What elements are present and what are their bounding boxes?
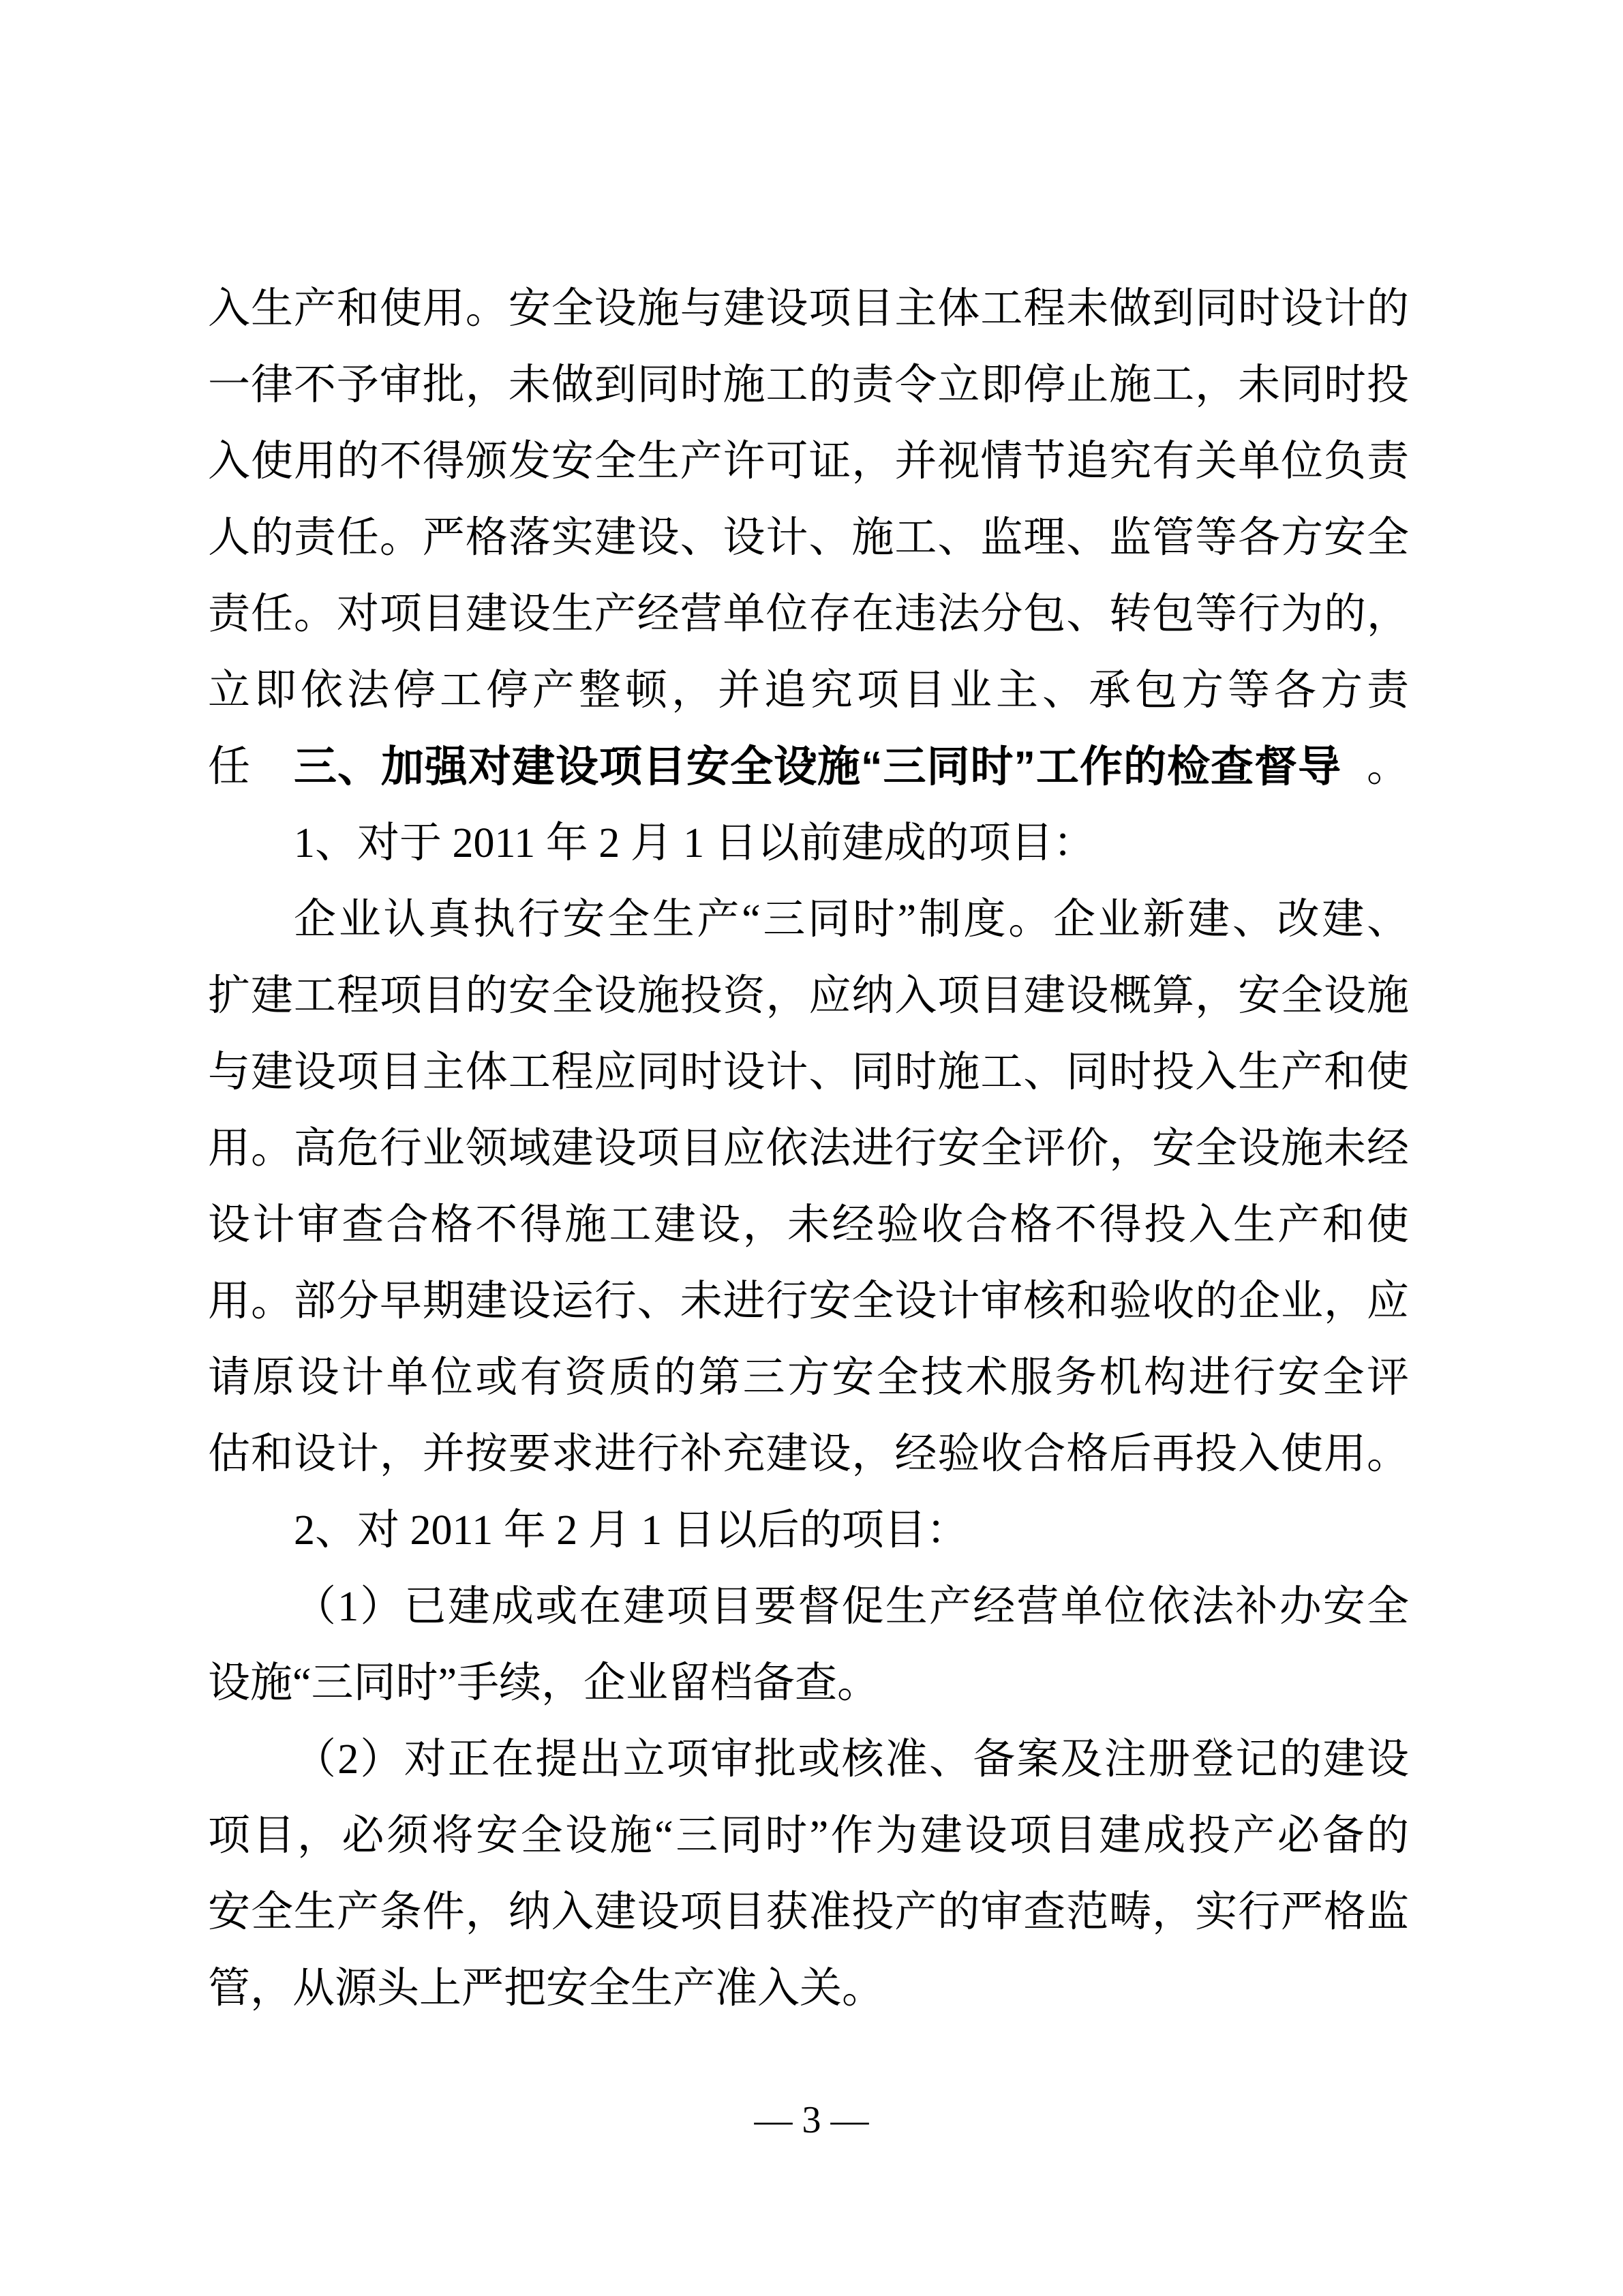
- document-page: 入生产和使用。安全设施与建设项目主体工程未做到同时设计的 一律不予审批，未做到同…: [0, 0, 1623, 2296]
- text-line: 用。部分早期建设运行、未进行安全设计审核和验收的企业，应: [208, 1263, 1409, 1340]
- text-line: 人的责任。严格落实建设、设计、施工、监理、监管等各方安全: [208, 500, 1409, 576]
- text-line: 立即依法停工停产整顿，并追究项目业主、承包方等各方责任”。: [208, 652, 1409, 729]
- section-heading: 三、加强对建设项目安全设施“三同时”工作的检查督导: [208, 729, 1409, 805]
- text-line: 与建设项目主体工程应同时设计、同时施工、同时投入生产和使: [208, 1034, 1409, 1111]
- text-line: 入使用的不得颁发安全生产许可证，并视情节追究有关单位负责: [208, 423, 1409, 500]
- text-line: 管，从源头上严把安全生产准入关。: [208, 1950, 1409, 2027]
- list-item-1: 1、对于 2011 年 2 月 1 日以前建成的项目：: [208, 805, 1409, 881]
- page-number: — 3 —: [0, 2093, 1623, 2147]
- text-line: 扩建工程项目的安全设施投资，应纳入项目建设概算，安全设施: [208, 958, 1409, 1034]
- text-line: 企业认真执行安全生产“三同时”制度。企业新建、改建、: [208, 881, 1409, 958]
- list-item-2: 2、对 2011 年 2 月 1 日以后的项目：: [208, 1492, 1409, 1569]
- text-line: 请原设计单位或有资质的第三方安全技术服务机构进行安全评: [208, 1340, 1409, 1416]
- text-line: 设施“三同时”手续，企业留档备查。: [208, 1645, 1409, 1721]
- text-line: （1）已建成或在建项目要督促生产经营单位依法补办安全: [208, 1569, 1409, 1645]
- text-line: （2）对正在提出立项审批或核准、备案及注册登记的建设: [208, 1721, 1409, 1798]
- document-body: 入生产和使用。安全设施与建设项目主体工程未做到同时设计的 一律不予审批，未做到同…: [208, 271, 1409, 2027]
- text-line: 安全生产条件，纳入建设项目获准投产的审查范畴，实行严格监: [208, 1874, 1409, 1950]
- text-line: 入生产和使用。安全设施与建设项目主体工程未做到同时设计的: [208, 271, 1409, 347]
- text-line: 估和设计，并按要求进行补充建设，经验收合格后再投入使用。: [208, 1416, 1409, 1492]
- text-line: 一律不予审批，未做到同时施工的责令立即停止施工，未同时投: [208, 347, 1409, 423]
- text-line: 设计审查合格不得施工建设，未经验收合格不得投入生产和使: [208, 1187, 1409, 1263]
- text-line: 项目，必须将安全设施“三同时”作为建设项目建成投产必备的: [208, 1798, 1409, 1874]
- text-line: 责任。对项目建设生产经营单位存在违法分包、转包等行为的，: [208, 576, 1409, 652]
- text-line: 用。高危行业领域建设项目应依法进行安全评价，安全设施未经: [208, 1111, 1409, 1187]
